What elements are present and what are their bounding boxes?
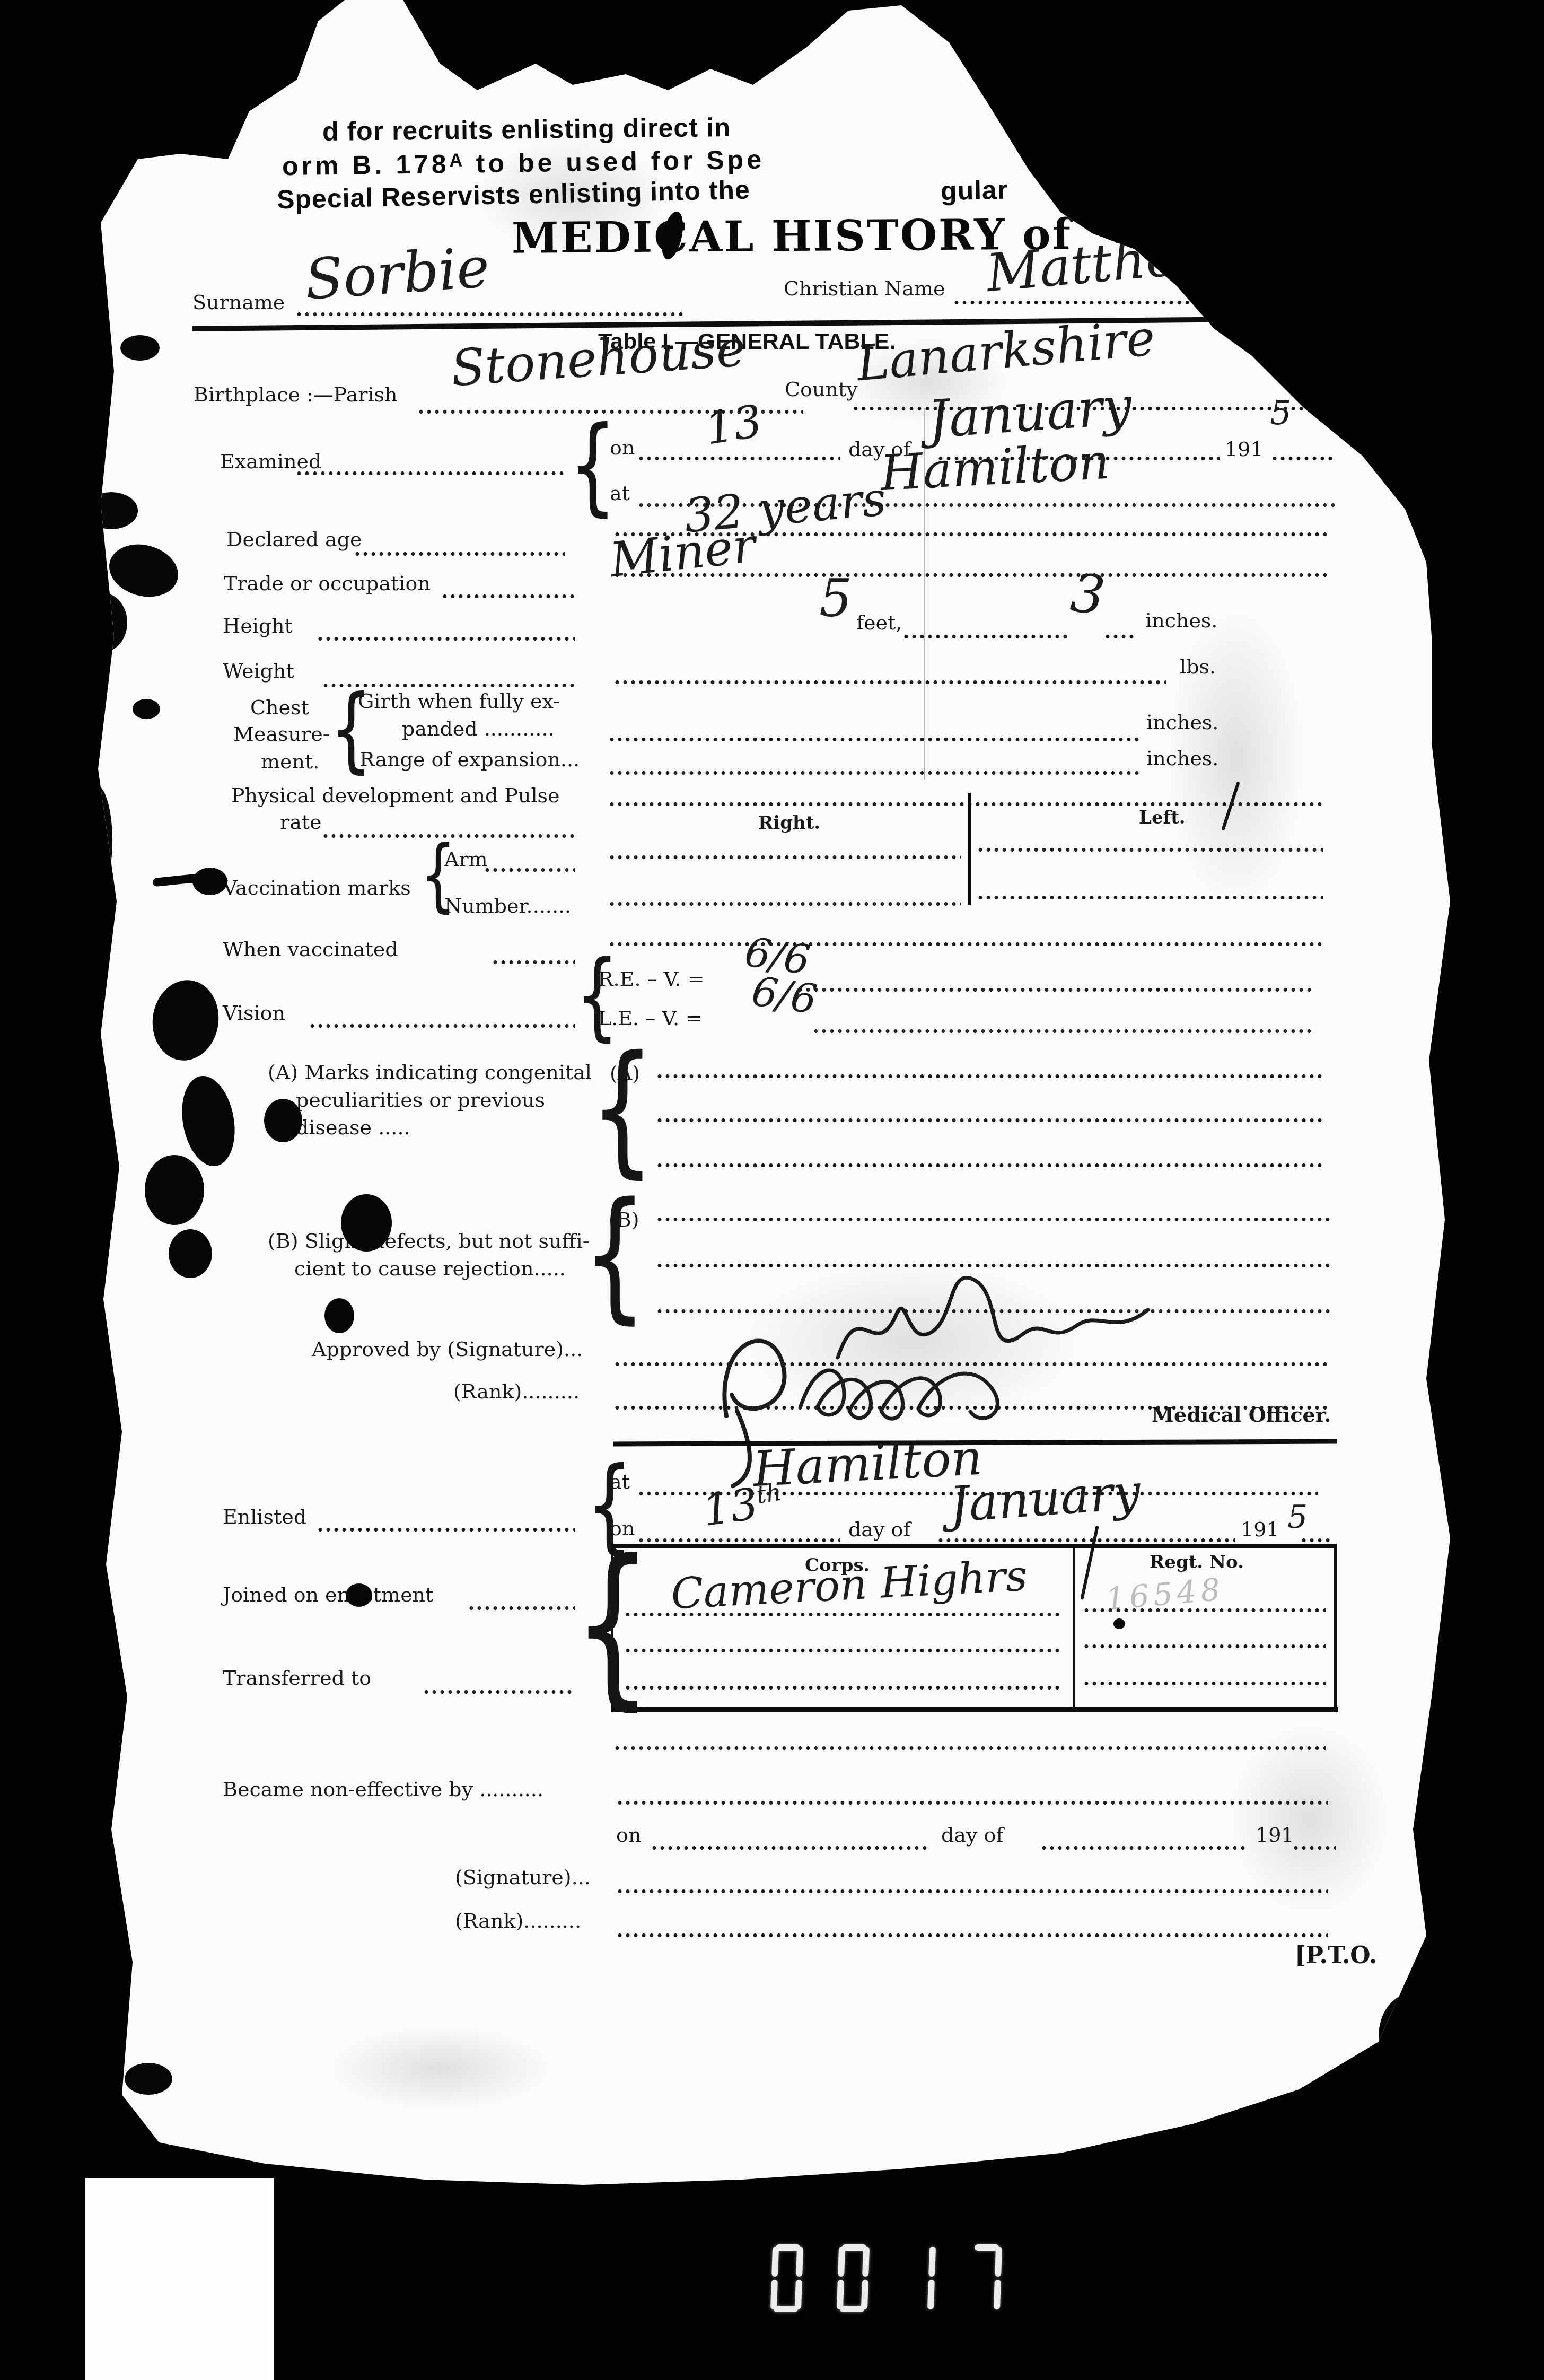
ink-blot [341, 1194, 392, 1252]
vision-re-dotted-line [798, 987, 1315, 992]
height-dotted-line [904, 634, 1068, 639]
christian-name-label: Christian Name [784, 277, 945, 300]
edge-blot [76, 1368, 103, 1511]
arm-leader-dots [485, 868, 575, 872]
birthplace-label: Birthplace :—Parish [194, 383, 398, 406]
chest-girth-dotted-line [610, 737, 1140, 742]
ink-blot [133, 699, 160, 719]
examined-place-value: Hamilton [879, 433, 1111, 502]
page-counter [771, 2244, 1037, 2313]
approved-by-label: Approved by (Signature)... [312, 1337, 583, 1361]
enlisted-month-dotted-line [938, 1538, 1235, 1543]
examined-year-suffix: 5 [1270, 393, 1292, 433]
scanned-document: d for recruits enlisting direct in orm B… [0, 0, 1544, 2380]
corps-value: Cameron Highrs [670, 1551, 1029, 1618]
vision-re-label: R.E. – V. = [598, 967, 704, 991]
smudge [477, 138, 668, 255]
ink-blot [169, 1229, 212, 1278]
enlisted-year-dots [1302, 1538, 1334, 1543]
ink-blot [152, 874, 197, 887]
ink-blot [85, 492, 138, 529]
examined-day-dotted-line [639, 456, 840, 461]
ink-blot [120, 335, 160, 361]
examined-year-prefix: 191 [1225, 437, 1264, 461]
section-b-tag: (B) [609, 1208, 639, 1231]
non-effective-day-dots [652, 1845, 931, 1850]
vision-leader-dots [310, 1023, 575, 1028]
section-a-label-3: disease ..... [296, 1116, 410, 1139]
ink-blot [346, 1583, 372, 1607]
pto-label: [P.T.O. [1295, 1942, 1377, 1969]
non-effective-day-of-label: day of [941, 1823, 1003, 1847]
ink-blot [192, 868, 227, 895]
ink-blot [1113, 1618, 1125, 1629]
arm-right-dotted-line [610, 855, 961, 860]
height-inches-value: 3 [1068, 562, 1108, 627]
when-vaccinated-dotted-line [610, 942, 1326, 947]
blank-white-card [85, 2178, 274, 2380]
signature-label: (Signature)... [455, 1866, 591, 1889]
edge-blot [81, 1739, 110, 1861]
counter-digit [969, 2244, 1002, 2312]
corps-table-top-border [611, 1544, 1336, 1548]
non-effective-label: Became non-effective by .......... [223, 1778, 543, 1801]
transferred-label: Transferred to [223, 1666, 371, 1690]
ink-descender-mark [1080, 1526, 1099, 1600]
corps-row2-dotted-left [626, 1648, 1063, 1653]
corps-row3-dotted-right [1084, 1681, 1326, 1686]
chest-label-1: Chest [250, 696, 309, 719]
transferred-leader-dots [424, 1690, 575, 1694]
physical-label-2: rate [280, 810, 322, 834]
examined-leader-dots [297, 471, 565, 476]
non-effective-dotted-line [618, 1800, 1328, 1805]
medical-officer-label: Medical Officer. [1152, 1403, 1331, 1427]
examined-year-dots [1273, 456, 1336, 461]
surname-label: Surname [192, 291, 285, 314]
vision-le-value: 6/6 [749, 967, 820, 1023]
corps-table-bottom-border [611, 1707, 1338, 1712]
section-b-label-2: cient to cause rejection..... [294, 1257, 566, 1280]
enlisted-label: Enlisted [223, 1505, 306, 1528]
examined-label: Examined [220, 450, 321, 473]
corps-row2-dotted-right [1084, 1644, 1326, 1649]
below-table-dotted-line [615, 1746, 1326, 1751]
rank-label: (Rank)......... [453, 1380, 580, 1403]
height-feet-label: feet, [856, 611, 902, 634]
section-b-dotted-line-1 [657, 1217, 1331, 1222]
rank-label-2: (Rank)......... [455, 1909, 581, 1932]
right-column-label: Right. [758, 812, 820, 834]
smudge [742, 1262, 1082, 1421]
height-dotted-line-2 [1106, 634, 1135, 639]
vision-label: Vision [223, 1001, 285, 1025]
surname-value: Sorbie [303, 235, 492, 312]
edge-blot [125, 2063, 172, 2095]
non-effective-month-dots [1042, 1845, 1249, 1850]
vaccination-label: Vaccination marks [223, 876, 411, 899]
number-label: Number....... [444, 894, 571, 917]
corps-table-divider [1073, 1546, 1075, 1710]
chest-label-3: ment. [261, 750, 319, 773]
section-a-label-2: peculiarities or previous [296, 1088, 545, 1112]
trade-leader-dots [443, 594, 575, 599]
trade-value: Miner [607, 518, 758, 588]
when-vaccinated-leader-dots [493, 960, 575, 965]
edge-blot [1379, 1994, 1442, 2079]
chest-girth-label-2: panded ........... [402, 717, 555, 740]
enlisted-leader-dots [318, 1527, 575, 1532]
arm-label: Arm [444, 847, 488, 871]
ink-blot [264, 1099, 302, 1142]
section-a-brace: { [590, 1037, 655, 1180]
regt-no-header: Regt. No. [1150, 1552, 1244, 1573]
section-a-label-1: (A) Marks indicating congenital [268, 1061, 592, 1084]
height-feet-value: 5 [819, 568, 852, 629]
joined-label: Joined on enlistment [223, 1583, 433, 1606]
enlisted-day-of-label: day of [848, 1518, 910, 1541]
when-vaccinated-label: When vaccinated [223, 938, 398, 961]
ink-blot [103, 537, 184, 605]
height-label: Height [223, 614, 293, 637]
section-a-tag: (A) [610, 1062, 640, 1085]
corps-row3-dotted-left [626, 1685, 1063, 1690]
corps-row1-dotted-right [1084, 1608, 1326, 1613]
ink-blot [324, 1298, 354, 1333]
section-a-dotted-line-3 [657, 1163, 1326, 1168]
counter-digit [903, 2244, 936, 2312]
surname-dotted-line [297, 312, 684, 317]
declared-age-leader-dots [355, 552, 565, 556]
section-a-dotted-line-2 [657, 1118, 1326, 1123]
physical-label-1: Physical development and Pulse [231, 784, 560, 807]
parish-value: Stonehouse [449, 320, 748, 398]
form-note-line3-right: gular [940, 174, 1008, 207]
section-a-dotted-line-1 [657, 1074, 1326, 1079]
corps-row1-dotted-left [626, 1612, 1063, 1617]
chest-girth-label-1: Girth when fully ex- [358, 689, 560, 713]
smudge [329, 2026, 551, 2111]
counter-digit [837, 2244, 870, 2312]
edge-blot [80, 785, 112, 896]
section-b-label-1: (B) Slight defects, but not suffi- [268, 1229, 590, 1253]
vision-le-dotted-line [814, 1029, 1315, 1034]
weight-label: Weight [223, 659, 294, 682]
smudge [1166, 610, 1304, 907]
chest-range-dotted-line [610, 771, 1140, 775]
ink-blot [176, 1072, 241, 1170]
signature-dotted-line [618, 1889, 1328, 1894]
enlisted-day-value: 13th [699, 1475, 786, 1536]
examined-on-label: on [610, 436, 635, 459]
chest-label-2: Measure- [233, 722, 330, 746]
corps-table-right-border [1334, 1544, 1337, 1712]
chest-range-label: Range of expansion... [359, 748, 580, 771]
section-b-brace: { [582, 1184, 647, 1326]
enlisted-year-suffix: 5 [1287, 1499, 1308, 1536]
declared-age-label: Declared age [226, 528, 362, 551]
county-label: County [785, 378, 858, 401]
non-effective-on-label: on [616, 1823, 641, 1847]
enlisted-year-prefix: 191 [1241, 1518, 1279, 1541]
examined-at-label: at [610, 482, 630, 505]
counter-digit [770, 2244, 803, 2312]
enlisted-at-label: at [610, 1470, 630, 1493]
number-right-dotted-line [610, 902, 961, 906]
ink-blot [145, 1155, 204, 1225]
trade-label: Trade or occupation [224, 572, 431, 595]
right-left-divider [968, 793, 971, 905]
form-paper: d for recruits enlisting direct in orm B… [0, 0, 1544, 2380]
rank-dotted-line-2 [618, 1933, 1328, 1938]
joined-leader-dots [469, 1606, 575, 1611]
smudge [1230, 1723, 1389, 1914]
ink-blot [78, 593, 127, 652]
examined-day-value: 13 [701, 395, 766, 455]
enlisted-day-dotted-line [639, 1538, 840, 1543]
height-leader-dots [318, 636, 575, 641]
paper-crease [924, 408, 925, 780]
smudge [848, 339, 1007, 424]
ink-blot [147, 976, 224, 1065]
weight-dotted-line [615, 680, 1166, 685]
